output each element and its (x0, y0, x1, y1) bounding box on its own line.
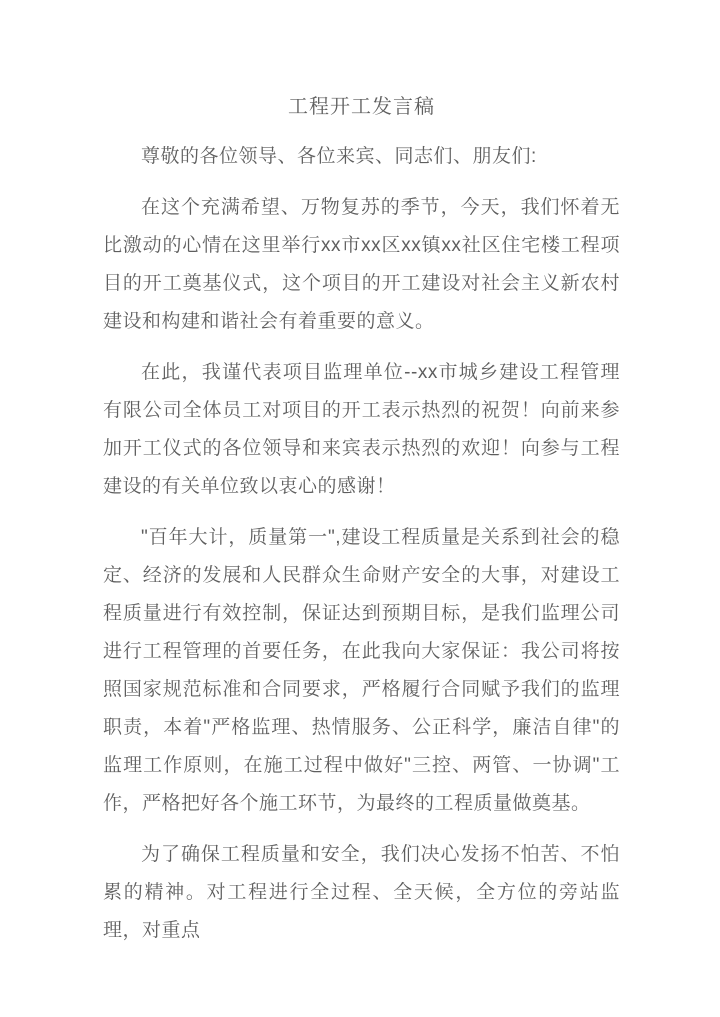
paragraph: 在这个充满希望、万物复苏的季节，今天，我们怀着无比激动的心情在这里举行xx市xx… (103, 189, 620, 341)
document-title: 工程开工发言稿 (103, 88, 620, 126)
paragraph: 为了确保工程质量和安全，我们决心发扬不怕苦、不怕累的精神。对工程进行全过程、全天… (103, 836, 620, 950)
greeting-line: 尊敬的各位领导、各位来宾、同志们、朋友们: (103, 138, 620, 176)
paragraph: "百年大计，质量第一",建设工程质量是关系到社会的稳定、经济的发展和人民群众生命… (103, 519, 620, 823)
document-page: 工程开工发言稿 尊敬的各位领导、各位来宾、同志们、朋友们: 在这个充满希望、万物… (0, 0, 720, 1017)
paragraph: 在此，我谨代表项目监理单位--xx市城乡建设工程管理有限公司全体员工对项目的开工… (103, 354, 620, 506)
